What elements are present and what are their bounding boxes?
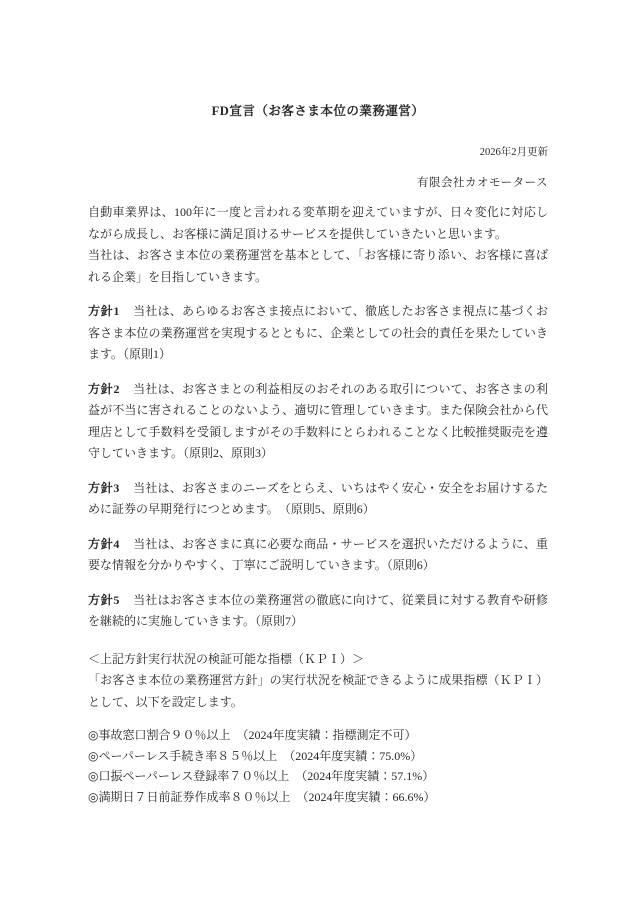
policy-3-text: 当社は、お客さまのニーズをとらえ、いちはやく安心・安全をお届けするために証券の早… bbox=[88, 481, 548, 517]
policy-1-text: 当社は、あらゆるお客さま接点において、徹底したお客さま視点に基づくお客さま本位の… bbox=[88, 304, 548, 361]
policy-2: 方針2当社は、お客さまとの利益相反のおそれのある取引について、お客さまの利益が不… bbox=[88, 379, 548, 465]
policy-4-text: 当社は、お客さまに真に必要な商品・サービスを選択いただけるように、重要な情報を分… bbox=[88, 537, 548, 573]
document-page: FD宣言（お客さま本位の業務運営） 2026年2月更新 有限会社カオモータース … bbox=[0, 0, 640, 906]
kpi-item: ◎口振ペーパーレス登録率７０％以上 （2024年度実績：57.1%） bbox=[88, 766, 548, 787]
policy-5: 方針5当社はお客さま本位の業務運営の徹底に向けて、従業員に対する教育や研修を継続… bbox=[88, 590, 548, 633]
policy-4-label: 方針4 bbox=[88, 537, 120, 551]
policy-1: 方針1当社は、あらゆるお客さま接点において、徹底したお客さま視点に基づくお客さま… bbox=[88, 301, 548, 366]
kpi-item: ◎事故窓口割合９０％以上 （2024年度実績：指標測定不可） bbox=[88, 725, 548, 746]
intro-paragraph-2: 当社は、お客さま本位の業務運営を基本として、「お客様に寄り添い、お客様に喜ばれる… bbox=[88, 245, 548, 288]
policy-2-text: 当社は、お客さまとの利益相反のおそれのある取引について、お客さまの利益が不当に害… bbox=[88, 382, 548, 461]
policy-4: 方針4当社は、お客さまに真に必要な商品・サービスを選択いただけるように、重要な情… bbox=[88, 534, 548, 577]
intro-paragraph-1: 自動車業界は、100年に一度と言われる変革期を迎えていますが、日々変化に対応しな… bbox=[88, 202, 548, 245]
company-name: 有限会社カオモータース bbox=[88, 176, 548, 190]
policy-3: 方針3当社は、お客さまのニーズをとらえ、いちはやく安心・安全をお届けするために証… bbox=[88, 478, 548, 521]
policy-1-label: 方針1 bbox=[88, 304, 120, 318]
kpi-intro: 「お客さま本位の業務運営方針」の実行状況を検証できるように成果指標（ＫＰＩ）とし… bbox=[88, 670, 548, 713]
kpi-item: ◎ペーパーレス手続き率８５％以上 （2024年度実績：75.0%） bbox=[88, 746, 548, 767]
kpi-item: ◎満期日７日前証券作成率８０％以上 （2024年度実績：66.6%） bbox=[88, 787, 548, 808]
page-title: FD宣言（お客さま本位の業務運営） bbox=[88, 103, 548, 119]
kpi-list: ◎事故窓口割合９０％以上 （2024年度実績：指標測定不可） ◎ペーパーレス手続… bbox=[88, 725, 548, 807]
policy-5-label: 方針5 bbox=[88, 593, 120, 607]
updated-date: 2026年2月更新 bbox=[88, 146, 548, 159]
kpi-heading: ＜上記方針実行状況の検証可能な指標（ＫＰＩ）＞ bbox=[88, 649, 548, 671]
policy-2-label: 方針2 bbox=[88, 382, 120, 396]
policy-3-label: 方針3 bbox=[88, 481, 120, 495]
policy-5-text: 当社はお客さま本位の業務運営の徹底に向けて、従業員に対する教育や研修を継続的に実… bbox=[88, 593, 548, 629]
